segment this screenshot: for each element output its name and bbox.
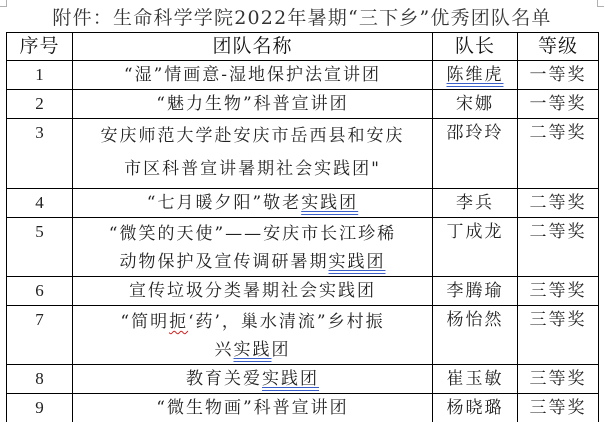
cell-no: 2 <box>7 90 73 119</box>
grammar-flagged-text[interactable]: 实践 <box>234 340 272 360</box>
team-name-line-1: “微笑的天使”——安庆市长江珍稀 <box>109 224 396 244</box>
table-header-row: 序号 团队名称 队长 等级 <box>7 33 599 61</box>
cell-level: 一等奖 <box>518 61 599 90</box>
table-row: 2 “魅力生物”科普宣讲团 宋娜 一等奖 <box>7 90 599 119</box>
cell-level: 三等奖 <box>518 365 599 394</box>
cell-leader: 李腾瑜 <box>433 277 518 306</box>
grammar-flagged-text[interactable]: 实践团 <box>329 252 386 272</box>
header-no: 序号 <box>7 33 73 61</box>
table-row: 3 安庆师范大学赴安庆市岳西县和安庆 市区科普宣讲暑期社会实践团" 邵玲玲 二等… <box>7 119 599 189</box>
cell-team-name: “七月暖夕阳”敬老实践团 <box>73 189 433 218</box>
cell-no: 3 <box>7 119 73 189</box>
cell-level: 三等奖 <box>518 394 599 422</box>
cell-no: 5 <box>7 218 73 277</box>
table-row: 8 教育关爱实践团 崔玉敏 三等奖 <box>7 365 599 394</box>
cell-no: 7 <box>7 306 73 365</box>
cell-team-name: “简明扼‘药’，巢水清流”乡村振 兴实践团 <box>73 306 433 365</box>
award-team-table: 序号 团队名称 队长 等级 1 “湿”情画意-湿地保护法宣讲团 陈维虎 一等奖 … <box>6 32 599 422</box>
team-name-line-1: 安庆师范大学赴安庆市岳西县和安庆 <box>101 126 405 146</box>
document-title: 附件：生命科学学院2022年暑期“三下乡”优秀团队名单 <box>0 5 604 31</box>
header-level: 等级 <box>518 33 599 61</box>
header-leader: 队长 <box>433 33 518 61</box>
cell-no: 1 <box>7 61 73 90</box>
cell-level: 二等奖 <box>518 189 599 218</box>
cell-team-name: “魅力生物”科普宣讲团 <box>73 90 433 119</box>
cell-leader: 陈维虎 <box>433 61 518 90</box>
table-row: 5 “微笑的天使”——安庆市长江珍稀 动物保护及宣传调研暑期实践团 丁成龙 二等… <box>7 218 599 277</box>
cell-leader: 崔玉敏 <box>433 365 518 394</box>
cell-leader: 邵玲玲 <box>433 119 518 189</box>
table-row: 6 宣传垃圾分类暑期社会实践团 李腾瑜 三等奖 <box>7 277 599 306</box>
cell-no: 8 <box>7 365 73 394</box>
cell-team-name: 宣传垃圾分类暑期社会实践团 <box>73 277 433 306</box>
cell-team-name: 教育关爱实践团 <box>73 365 433 394</box>
cell-leader: 李兵 <box>433 189 518 218</box>
table-row: 9 “微生物画”科普宣讲团 杨晓璐 三等奖 <box>7 394 599 422</box>
cell-leader: 杨怡然 <box>433 306 518 365</box>
cell-no: 9 <box>7 394 73 422</box>
table-row: 7 “简明扼‘药’，巢水清流”乡村振 兴实践团 杨怡然 三等奖 <box>7 306 599 365</box>
cell-team-name: “湿”情画意-湿地保护法宣讲团 <box>73 61 433 90</box>
leader-name-grammar-flagged[interactable]: 陈维虎 <box>447 65 504 85</box>
team-name-line-2: 市区科普宣讲暑期社会实践团" <box>124 159 381 179</box>
cell-level: 一等奖 <box>518 90 599 119</box>
cell-level: 二等奖 <box>518 119 599 189</box>
cell-team-name: “微生物画”科普宣讲团 <box>73 394 433 422</box>
cell-leader: 宋娜 <box>433 90 518 119</box>
cell-level: 二等奖 <box>518 218 599 277</box>
spelling-flagged-text[interactable]: 扼 <box>169 312 188 332</box>
cell-level: 三等奖 <box>518 306 599 365</box>
cell-leader: 杨晓璐 <box>433 394 518 422</box>
grammar-flagged-text[interactable]: 实践团 <box>262 369 319 389</box>
cell-no: 6 <box>7 277 73 306</box>
cell-leader: 丁成龙 <box>433 218 518 277</box>
cell-team-name: “微笑的天使”——安庆市长江珍稀 动物保护及宣传调研暑期实践团 <box>73 218 433 277</box>
grammar-flagged-text[interactable]: 实践团 <box>301 193 358 213</box>
table-row: 1 “湿”情画意-湿地保护法宣讲团 陈维虎 一等奖 <box>7 61 599 90</box>
header-team-name: 团队名称 <box>73 33 433 61</box>
cell-team-name: 安庆师范大学赴安庆市岳西县和安庆 市区科普宣讲暑期社会实践团" <box>73 119 433 189</box>
cell-level: 三等奖 <box>518 277 599 306</box>
cell-no: 4 <box>7 189 73 218</box>
table-row: 4 “七月暖夕阳”敬老实践团 李兵 二等奖 <box>7 189 599 218</box>
